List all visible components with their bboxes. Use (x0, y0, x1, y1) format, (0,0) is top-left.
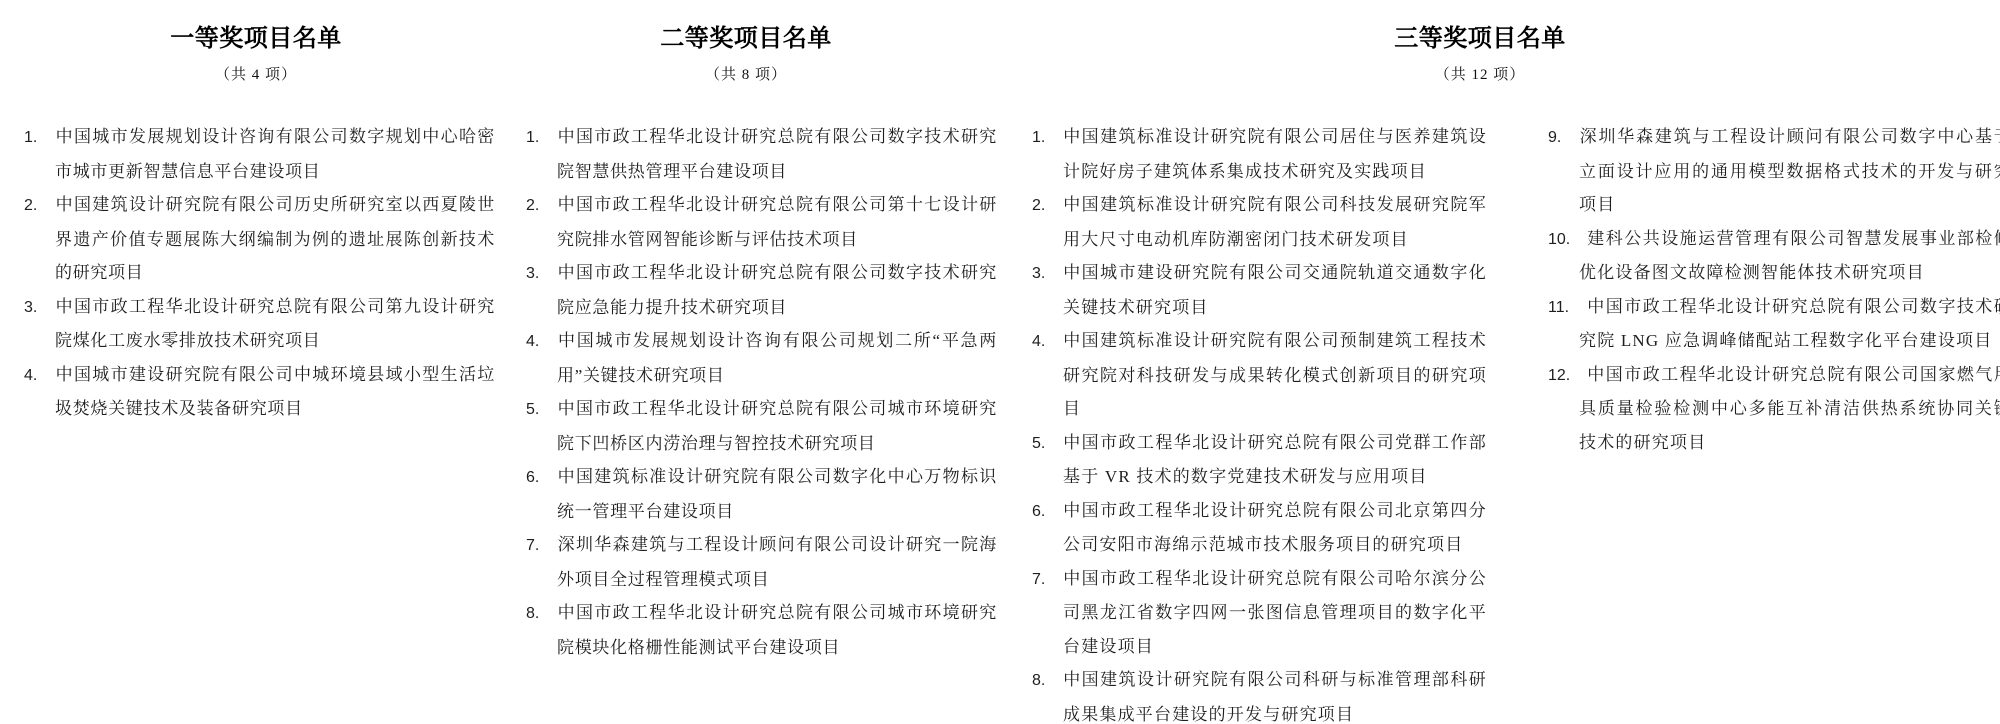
item-number: 3. (526, 257, 557, 291)
project-item: 1.中国市政工程华北设计研究总院有限公司数字技术研究院智慧供热管理平台建设项目 (526, 120, 997, 188)
project-item: 2.中国建筑标准设计研究院有限公司科技发展研究院军用大尺寸电动机库防潮密闭门技术… (1032, 188, 1487, 256)
item-number: 6. (526, 461, 557, 495)
item-text: 中国建筑标准设计研究院有限公司科技发展研究院军用大尺寸电动机库防潮密闭门技术研发… (1063, 195, 1487, 249)
item-text: 中国市政工程华北设计研究总院有限公司数字技术研究院智慧供热管理平台建设项目 (557, 127, 997, 181)
item-text: 中国市政工程华北设计研究总院有限公司哈尔滨分公司黑龙江省数字四网一张图信息管理项… (1063, 569, 1487, 656)
second-prize-count: （共 8 项） (526, 63, 966, 84)
item-number: 6. (1032, 495, 1063, 529)
award-lists-document: { "colors": { "text": "#1e1e1e", "backgr… (0, 0, 2000, 724)
item-number: 2. (1032, 189, 1063, 223)
project-item: 8.中国市政工程华北设计研究总院有限公司城市环境研究院模块化格栅性能测试平台建设… (526, 596, 997, 664)
project-item: 4.中国建筑标准设计研究院有限公司预制建筑工程技术研究院对科技研发与成果转化模式… (1032, 324, 1487, 426)
third-prize-header: 三等奖项目名单 （共 12 项） (1032, 24, 1928, 84)
item-number: 1. (526, 121, 557, 155)
third-prize-title: 三等奖项目名单 (1032, 24, 1928, 54)
item-number: 10. (1548, 223, 1587, 257)
project-item: 7.深圳华森建筑与工程设计顾问有限公司设计研究一院海外项目全过程管理模式项目 (526, 528, 997, 596)
project-item: 12.中国市政工程华北设计研究总院有限公司国家燃气用具质量检验检测中心多能互补清… (1548, 358, 2000, 460)
third-prize-list-right: 9.深圳华森建筑与工程设计顾问有限公司数字中心基于立面设计应用的通用模型数据格式… (1548, 120, 2000, 459)
item-number: 12. (1548, 359, 1587, 393)
project-item: 11.中国市政工程华北设计研究总院有限公司数字技术研究院 LNG 应急调峰储配站… (1548, 290, 2000, 358)
item-text: 中国建筑标准设计研究院有限公司数字化中心万物标识统一管理平台建设项目 (557, 467, 997, 521)
item-text: 中国城市建设研究院有限公司中城环境县域小型生活垃圾焚烧关键技术及装备研究项目 (55, 365, 495, 419)
item-number: 5. (1032, 427, 1063, 461)
item-number: 9. (1548, 121, 1579, 155)
item-number: 2. (526, 189, 557, 223)
project-item: 3.中国市政工程华北设计研究总院有限公司第九设计研究院煤化工废水零排放技术研究项… (24, 290, 495, 358)
first-prize-title: 一等奖项目名单 (36, 24, 476, 54)
item-number: 4. (526, 325, 557, 359)
project-item: 4.中国城市建设研究院有限公司中城环境县域小型生活垃圾焚烧关键技术及装备研究项目 (24, 358, 495, 426)
item-number: 4. (24, 359, 55, 393)
project-item: 6.中国建筑标准设计研究院有限公司数字化中心万物标识统一管理平台建设项目 (526, 460, 997, 528)
project-item: 5.中国市政工程华北设计研究总院有限公司城市环境研究院下凹桥区内涝治理与智控技术… (526, 392, 997, 460)
item-number: 1. (1032, 121, 1063, 155)
project-item: 7.中国市政工程华北设计研究总院有限公司哈尔滨分公司黑龙江省数字四网一张图信息管… (1032, 562, 1487, 664)
item-text: 中国市政工程华北设计研究总院有限公司国家燃气用具质量检验检测中心多能互补清洁供热… (1579, 365, 2000, 452)
item-text: 中国市政工程华北设计研究总院有限公司北京第四分公司安阳市海绵示范城市技术服务项目… (1063, 501, 1487, 555)
item-number: 7. (526, 529, 557, 563)
project-item: 6.中国市政工程华北设计研究总院有限公司北京第四分公司安阳市海绵示范城市技术服务… (1032, 494, 1487, 562)
first-prize-list: 1.中国城市发展规划设计咨询有限公司数字规划中心哈密市城市更新智慧信息平台建设项… (24, 120, 495, 426)
item-number: 5. (526, 393, 557, 427)
item-number: 3. (24, 291, 55, 325)
item-number: 7. (1032, 563, 1063, 597)
item-text: 中国市政工程华北设计研究总院有限公司第十七设计研究院排水管网智能诊断与评估技术项… (557, 195, 997, 249)
item-number: 3. (1032, 257, 1063, 291)
item-text: 中国市政工程华北设计研究总院有限公司城市环境研究院模块化格栅性能测试平台建设项目 (557, 603, 997, 657)
project-item: 1.中国建筑标准设计研究院有限公司居住与医养建筑设计院好房子建筑体系集成技术研究… (1032, 120, 1487, 188)
item-text: 中国市政工程华北设计研究总院有限公司城市环境研究院下凹桥区内涝治理与智控技术研究… (557, 399, 997, 453)
item-text: 中国城市建设研究院有限公司交通院轨道交通数字化关键技术研究项目 (1063, 263, 1487, 317)
item-number: 1. (24, 121, 55, 155)
item-text: 中国建筑设计研究院有限公司科研与标准管理部科研成果集成平台建设的开发与研究项目 (1063, 670, 1487, 724)
item-text: 中国城市发展规划设计咨询有限公司数字规划中心哈密市城市更新智慧信息平台建设项目 (55, 127, 495, 181)
first-prize-count: （共 4 项） (36, 63, 476, 84)
item-number: 8. (1032, 664, 1063, 698)
item-text: 中国市政工程华北设计研究总院有限公司第九设计研究院煤化工废水零排放技术研究项目 (55, 297, 495, 351)
item-text: 中国市政工程华北设计研究总院有限公司数字技术研究院应急能力提升技术研究项目 (557, 263, 997, 317)
item-text: 中国城市发展规划设计咨询有限公司规划二所“平急两用”关键技术研究项目 (557, 331, 997, 385)
project-item: 4.中国城市发展规划设计咨询有限公司规划二所“平急两用”关键技术研究项目 (526, 324, 997, 392)
item-number: 2. (24, 189, 55, 223)
item-number: 8. (526, 597, 557, 631)
project-item: 3.中国城市建设研究院有限公司交通院轨道交通数字化关键技术研究项目 (1032, 256, 1487, 324)
item-text: 中国市政工程华北设计研究总院有限公司党群工作部基于 VR 技术的数字党建技术研发… (1063, 433, 1487, 487)
third-prize-count: （共 12 项） (1032, 63, 1928, 84)
project-item: 8.中国建筑设计研究院有限公司科研与标准管理部科研成果集成平台建设的开发与研究项… (1032, 663, 1487, 724)
project-item: 2.中国市政工程华北设计研究总院有限公司第十七设计研究院排水管网智能诊断与评估技… (526, 188, 997, 256)
project-item: 3.中国市政工程华北设计研究总院有限公司数字技术研究院应急能力提升技术研究项目 (526, 256, 997, 324)
project-item: 5.中国市政工程华北设计研究总院有限公司党群工作部基于 VR 技术的数字党建技术… (1032, 426, 1487, 494)
third-prize-list-left: 1.中国建筑标准设计研究院有限公司居住与医养建筑设计院好房子建筑体系集成技术研究… (1032, 120, 1487, 724)
second-prize-list: 1.中国市政工程华北设计研究总院有限公司数字技术研究院智慧供热管理平台建设项目2… (526, 120, 997, 664)
item-number: 4. (1032, 325, 1063, 359)
item-text: 中国建筑标准设计研究院有限公司预制建筑工程技术研究院对科技研发与成果转化模式创新… (1063, 331, 1487, 418)
item-text: 中国建筑设计研究院有限公司历史所研究室以西夏陵世界遗产价值专题展陈大纲编制为例的… (55, 195, 495, 282)
item-text: 建科公共设施运营管理有限公司智慧发展事业部检修优化设备图文故障检测智能体技术研究… (1579, 229, 2000, 283)
item-text: 中国建筑标准设计研究院有限公司居住与医养建筑设计院好房子建筑体系集成技术研究及实… (1063, 127, 1487, 181)
item-text: 深圳华森建筑与工程设计顾问有限公司数字中心基于立面设计应用的通用模型数据格式技术… (1579, 127, 2000, 214)
project-item: 2.中国建筑设计研究院有限公司历史所研究室以西夏陵世界遗产价值专题展陈大纲编制为… (24, 188, 495, 290)
first-prize-header: 一等奖项目名单 （共 4 项） (36, 24, 476, 84)
item-text: 深圳华森建筑与工程设计顾问有限公司设计研究一院海外项目全过程管理模式项目 (557, 535, 997, 589)
second-prize-title: 二等奖项目名单 (526, 24, 966, 54)
item-text: 中国市政工程华北设计研究总院有限公司数字技术研究院 LNG 应急调峰储配站工程数… (1579, 297, 2000, 351)
second-prize-header: 二等奖项目名单 （共 8 项） (526, 24, 966, 84)
project-item: 1.中国城市发展规划设计咨询有限公司数字规划中心哈密市城市更新智慧信息平台建设项… (24, 120, 495, 188)
project-item: 9.深圳华森建筑与工程设计顾问有限公司数字中心基于立面设计应用的通用模型数据格式… (1548, 120, 2000, 222)
project-item: 10.建科公共设施运营管理有限公司智慧发展事业部检修优化设备图文故障检测智能体技… (1548, 222, 2000, 290)
item-number: 11. (1548, 291, 1587, 325)
